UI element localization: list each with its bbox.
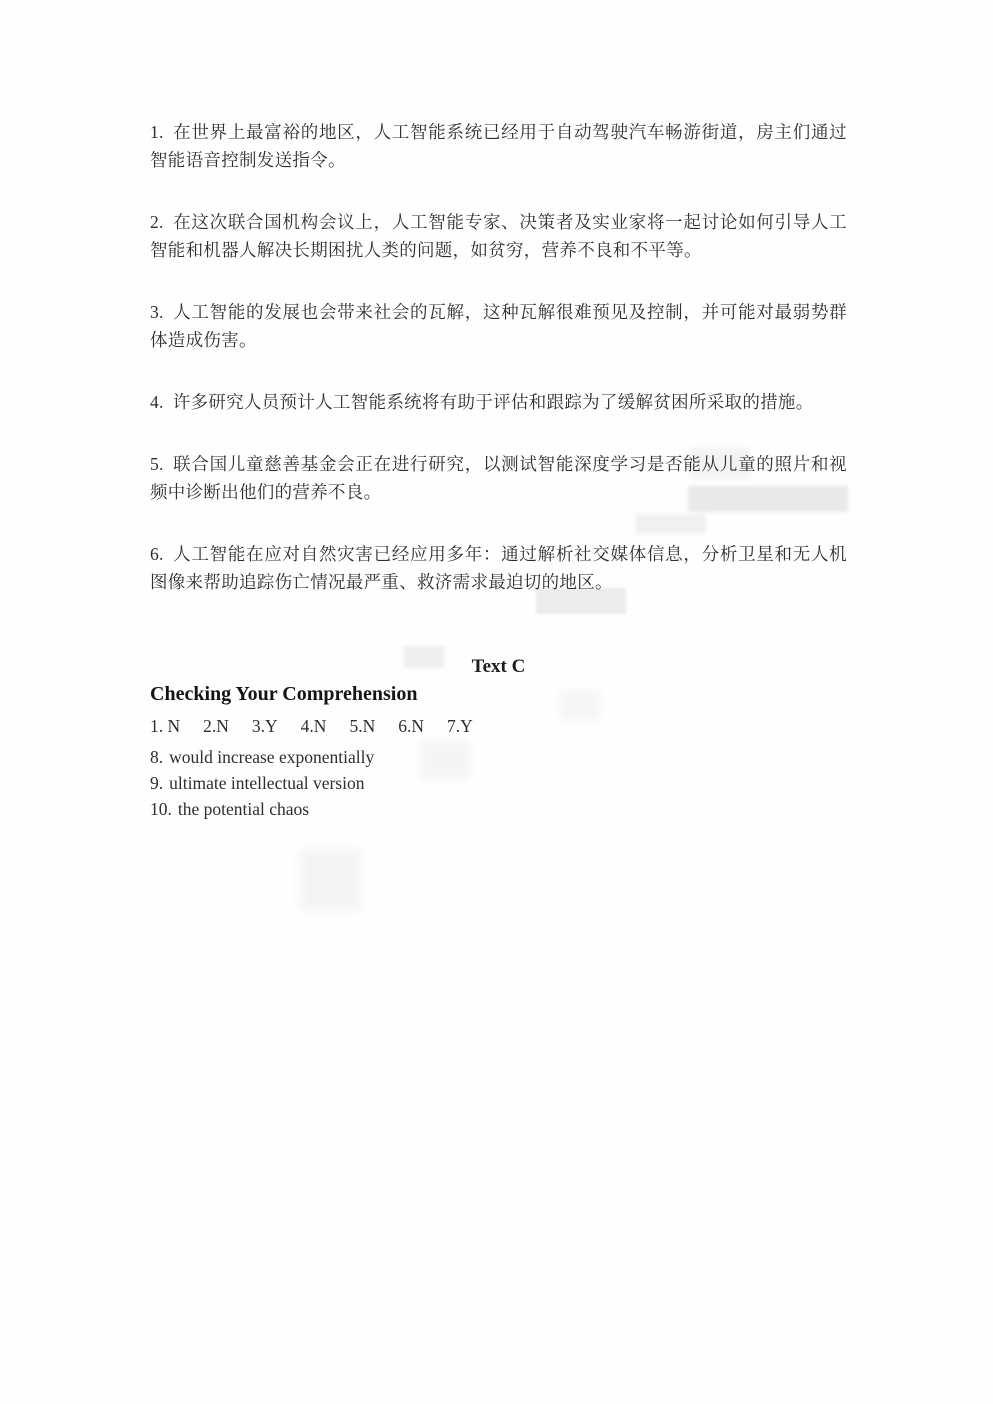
item-text: 人工智能在应对自然灾害已经应用多年：通过解析社交媒体信息，分析卫星和无人机图像来… — [150, 544, 847, 592]
yn-answer: 3.Y — [252, 715, 278, 737]
comprehension-heading: Checking Your Comprehension — [150, 683, 847, 706]
item-text: 在这次联合国机构会议上，人工智能专家、决策者及实业家将一起讨论如何引导人工智能和… — [150, 212, 847, 260]
item-number: 8. — [150, 747, 163, 767]
item-number: 1. — [150, 122, 164, 142]
item-text: 人工智能的发展也会带来社会的瓦解，这种瓦解很难预见及控制，并可能对最弱势群体造成… — [150, 302, 847, 350]
yn-answer: 6.N — [398, 715, 424, 737]
item-number: 10. — [150, 799, 172, 819]
scan-artifact — [300, 850, 360, 910]
item-number: 3. — [150, 302, 164, 322]
item-text: 联合国儿童慈善基金会正在进行研究，以测试智能深度学习是否能从儿童的照片和视频中诊… — [150, 454, 847, 502]
translation-item: 5.联合国儿童慈善基金会正在进行研究，以测试智能深度学习是否能从儿童的照片和视频… — [150, 450, 847, 506]
fill-answer: 8.would increase exponentially — [150, 744, 847, 770]
item-text: 在世界上最富裕的地区，人工智能系统已经用于自动驾驶汽车畅游街道，房主们通过智能语… — [150, 122, 847, 170]
translation-item: 3.人工智能的发展也会带来社会的瓦解，这种瓦解很难预见及控制，并可能对最弱势群体… — [150, 298, 847, 354]
yn-answer: 4.N — [301, 715, 327, 737]
yn-answer: 2.N — [203, 715, 229, 737]
item-number: 5. — [150, 454, 164, 474]
item-number: 2. — [150, 212, 164, 232]
yn-answer: 7.Y — [447, 715, 473, 737]
yes-no-answers-row: 1. N 2.N 3.Y 4.N 5.N 6.N 7.Y — [150, 715, 847, 737]
translation-item: 6.人工智能在应对自然灾害已经应用多年：通过解析社交媒体信息，分析卫星和无人机图… — [150, 540, 847, 596]
fill-answer: 10.the potential chaos — [150, 796, 847, 822]
yn-answer: 5.N — [349, 715, 375, 737]
translation-item: 2.在这次联合国机构会议上，人工智能专家、决策者及实业家将一起讨论如何引导人工智… — [150, 208, 847, 264]
scanned-page: 1.在世界上最富裕的地区，人工智能系统已经用于自动驾驶汽车畅游街道，房主们通过智… — [0, 0, 993, 1404]
item-number: 9. — [150, 773, 163, 793]
yn-answer: 1. N — [150, 715, 180, 737]
fill-answer: 9.ultimate intellectual version — [150, 770, 847, 796]
section-title: Text C — [150, 656, 847, 678]
item-number: 6. — [150, 544, 164, 564]
item-number: 4. — [150, 392, 164, 412]
item-text: ultimate intellectual version — [169, 773, 364, 793]
item-text: 许多研究人员预计人工智能系统将有助于评估和跟踪为了缓解贫困所采取的措施。 — [173, 392, 814, 412]
item-text: the potential chaos — [178, 799, 309, 819]
translation-item: 1.在世界上最富裕的地区，人工智能系统已经用于自动驾驶汽车畅游街道，房主们通过智… — [150, 118, 847, 174]
item-text: would increase exponentially — [169, 747, 374, 767]
document-content: 1.在世界上最富裕的地区，人工智能系统已经用于自动驾驶汽车畅游街道，房主们通过智… — [150, 118, 847, 822]
translation-item: 4.许多研究人员预计人工智能系统将有助于评估和跟踪为了缓解贫困所采取的措施。 — [150, 388, 847, 416]
